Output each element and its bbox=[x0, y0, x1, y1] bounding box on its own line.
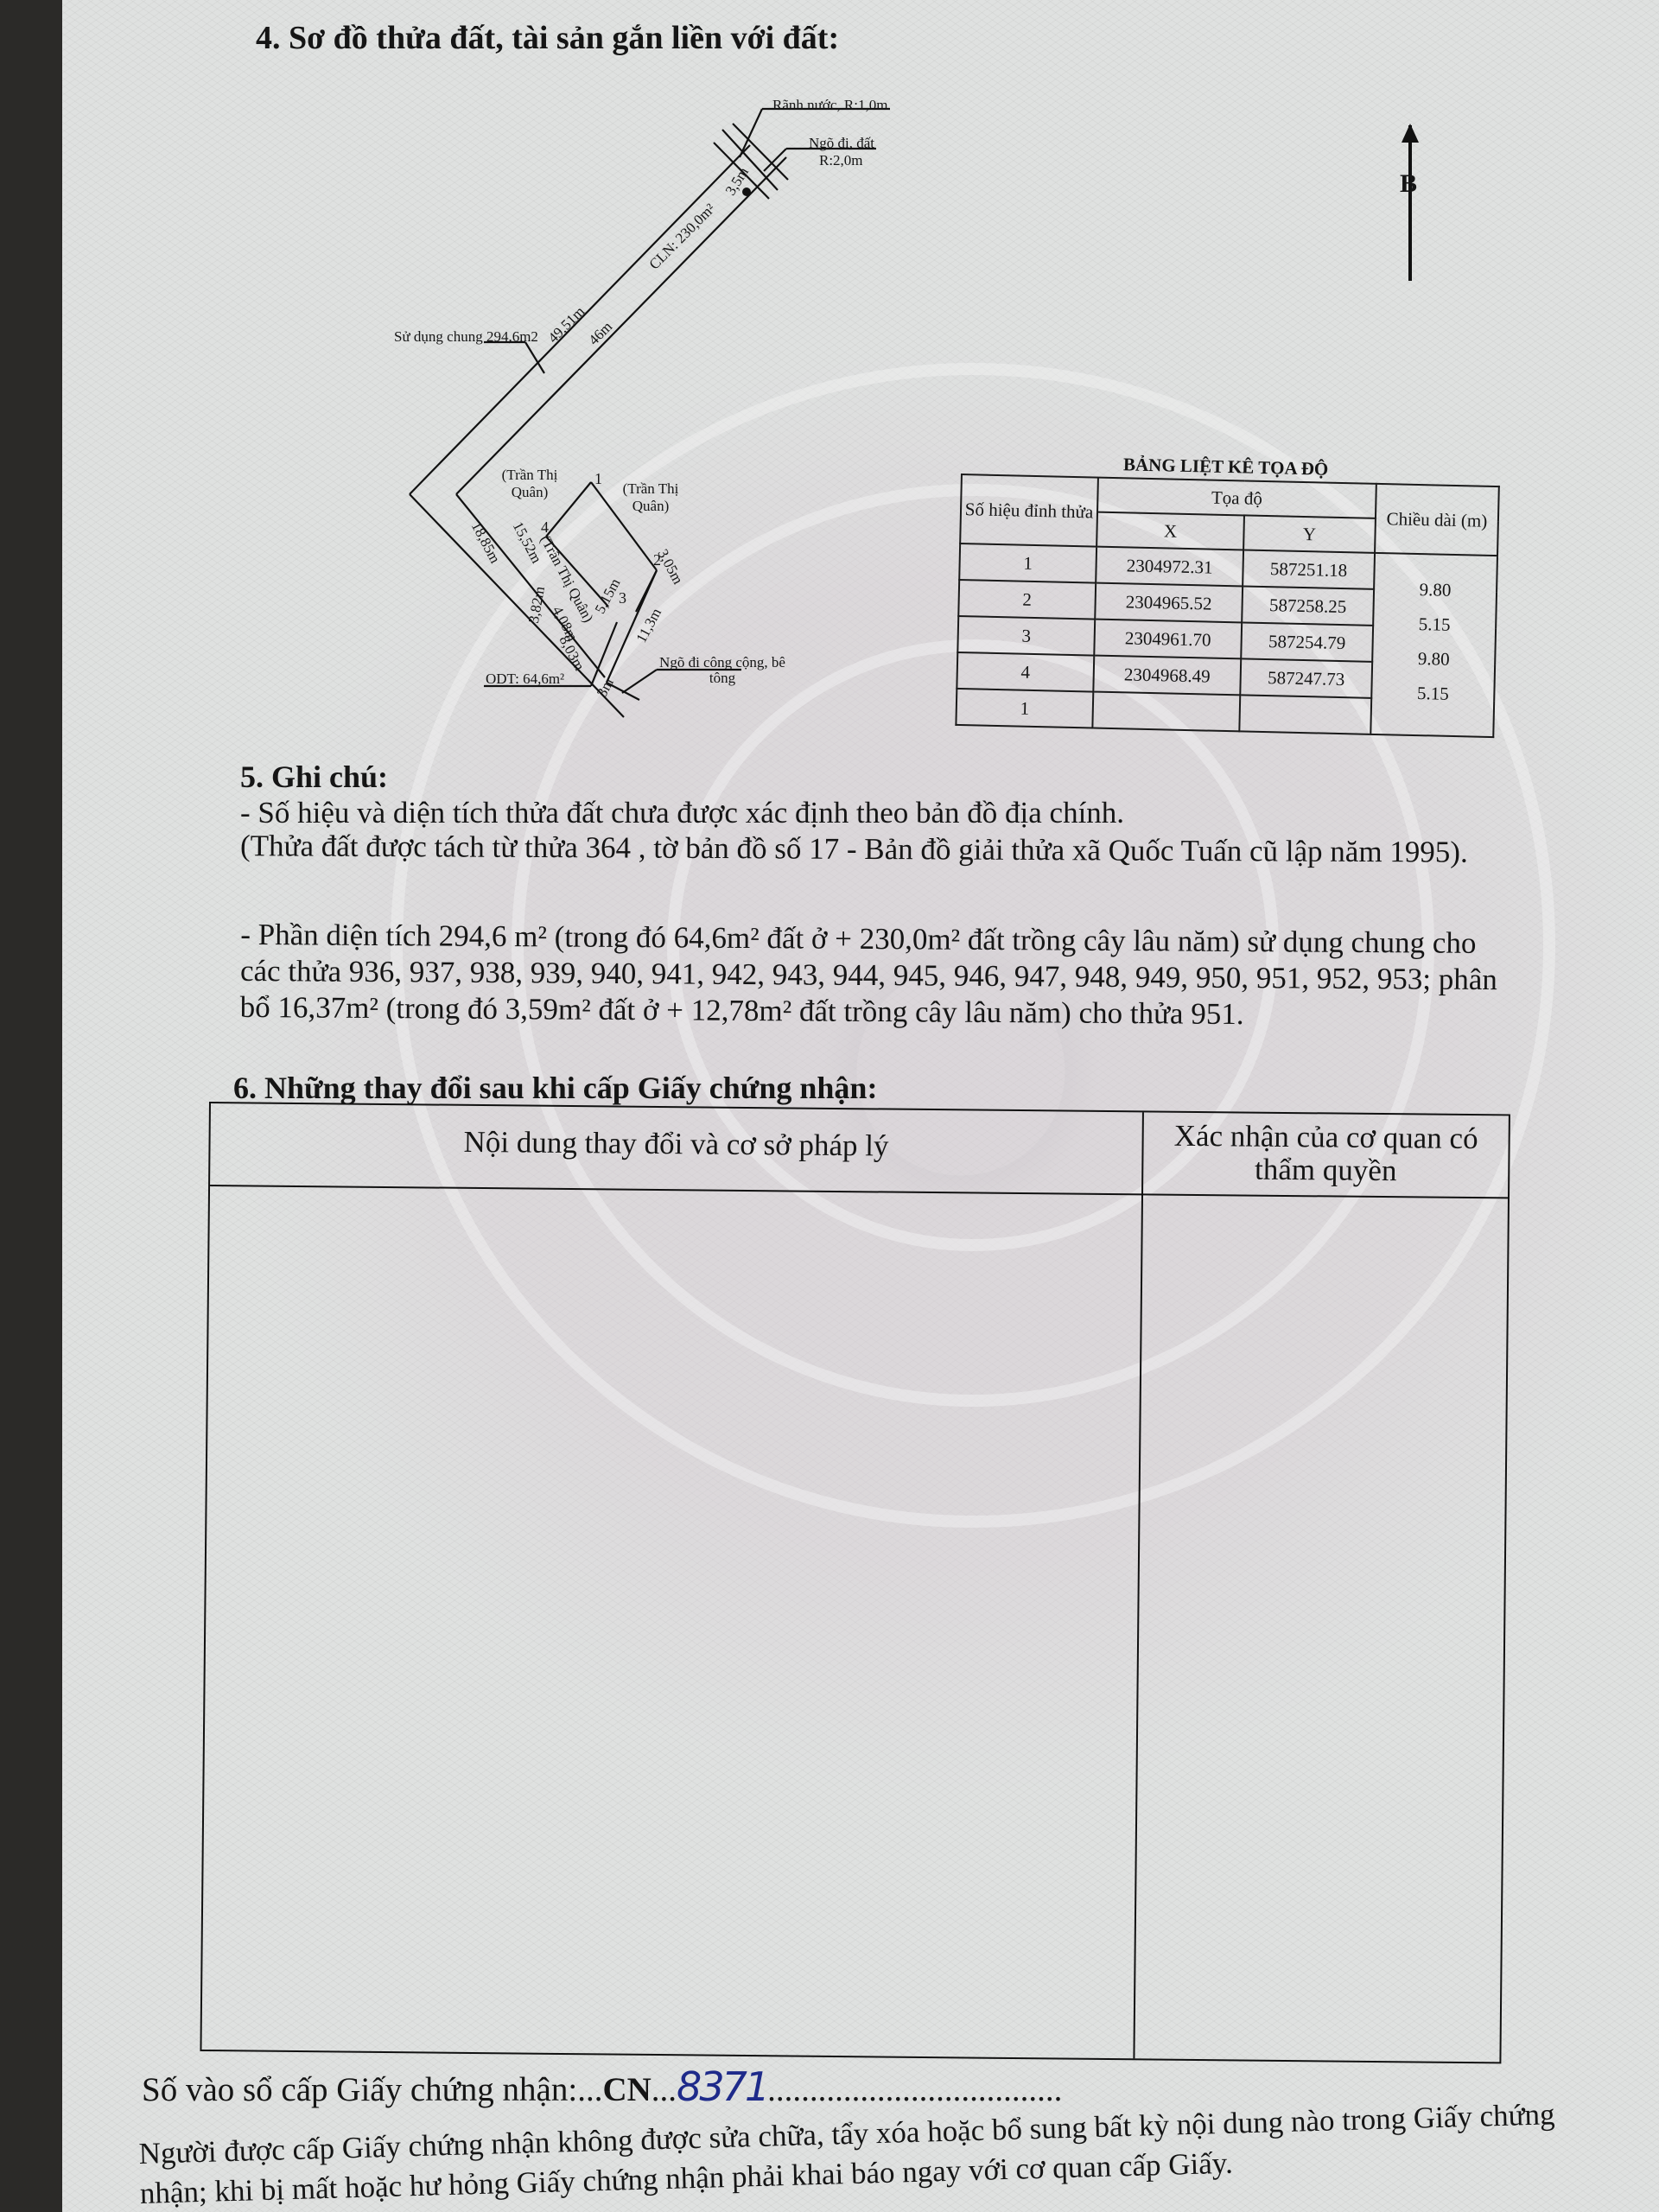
header-y: Y bbox=[1243, 515, 1376, 552]
coord-table-title: BẢNG LIỆT KÊ TỌA ĐỘ bbox=[1123, 454, 1329, 480]
header-authority-confirmation: Xác nhận của cơ quan có thẩm quyền bbox=[1143, 1119, 1509, 1188]
header-x: X bbox=[1096, 512, 1244, 550]
note-3: - Phần diện tích 294,6 m² (trong đó 64,6… bbox=[240, 917, 1503, 1034]
length-value: 5.15 bbox=[1372, 675, 1494, 712]
coord-x: 2304972.31 bbox=[1096, 547, 1243, 587]
vertex-2: 2 bbox=[653, 551, 661, 569]
header-vertex: Số hiệu đỉnh thửa bbox=[960, 474, 1098, 547]
vertex-4: 4 bbox=[541, 518, 549, 537]
length-column: 9.80 5.15 9.80 5.15 bbox=[1370, 553, 1497, 737]
vertex-id: 2 bbox=[958, 580, 1096, 620]
label-odt-area: ODT: 64,6m² bbox=[486, 671, 564, 688]
label-drain: Rãnh nước, R:1,0m bbox=[772, 97, 887, 114]
coord-x bbox=[1092, 692, 1240, 732]
label-shared-use: Sử dụng chung 294,6m2 bbox=[394, 328, 538, 346]
coord-y bbox=[1239, 695, 1371, 734]
coord-x: 2304961.70 bbox=[1094, 620, 1242, 659]
coord-y: 587247.73 bbox=[1240, 658, 1372, 697]
note-2: (Thửa đất được tách từ thửa 364 , tờ bản… bbox=[240, 828, 1502, 871]
label-owner-1: (Trần Thị Quân) bbox=[499, 467, 560, 501]
column-divider bbox=[1133, 1112, 1144, 2058]
label-owner-2: (Trần Thị Quân) bbox=[620, 480, 681, 515]
coord-x: 2304965.52 bbox=[1095, 583, 1243, 623]
registration-prefix: CN bbox=[602, 2071, 651, 2108]
length-value: 5.15 bbox=[1374, 606, 1496, 643]
registration-number-line: Số vào sổ cấp Giấy chứng nhận:...CN...83… bbox=[142, 2063, 1062, 2110]
note-1: - Số hiệu và diện tích thửa đất chưa đượ… bbox=[240, 795, 1502, 831]
vertex-id: 1 bbox=[959, 543, 1096, 583]
vertex-id: 1 bbox=[956, 689, 1093, 728]
registration-number-handwritten: 8371 bbox=[677, 2063, 767, 2110]
changes-table: Nội dung thay đổi và cơ sở pháp lý Xác n… bbox=[200, 1102, 1510, 2063]
vertex-id: 3 bbox=[957, 616, 1095, 656]
label-dirt-lane-width: R:2,0m bbox=[819, 152, 863, 169]
coord-table: Số hiệu đỉnh thửa Tọa độ Chiều dài (m) X… bbox=[955, 474, 1499, 738]
section-5-title: 5. Ghi chú: bbox=[240, 759, 388, 795]
vertex-3: 3 bbox=[619, 589, 626, 607]
label-public-lane: Ngõ đi công cộng, bê tông bbox=[653, 655, 791, 686]
header-length: Chiều dài (m) bbox=[1375, 484, 1499, 556]
length-value: 9.80 bbox=[1375, 571, 1497, 608]
label-dirt-lane: Ngõ đi, đất bbox=[809, 135, 874, 152]
length-value: 9.80 bbox=[1373, 640, 1495, 677]
dots: ................................... bbox=[767, 2071, 1062, 2108]
dots: ... bbox=[652, 2071, 677, 2108]
coord-y: 587258.25 bbox=[1242, 586, 1374, 625]
coord-x: 2304968.49 bbox=[1093, 656, 1241, 696]
vertex-id: 4 bbox=[957, 652, 1094, 692]
registration-label: Số vào sổ cấp Giấy chứng nhận:... bbox=[142, 2071, 602, 2108]
section-6-title: 6. Những thay đổi sau khi cấp Giấy chứng… bbox=[233, 1070, 877, 1106]
coord-y: 587251.18 bbox=[1243, 550, 1375, 588]
coord-y: 587254.79 bbox=[1241, 622, 1373, 661]
vertex-1: 1 bbox=[594, 470, 602, 488]
